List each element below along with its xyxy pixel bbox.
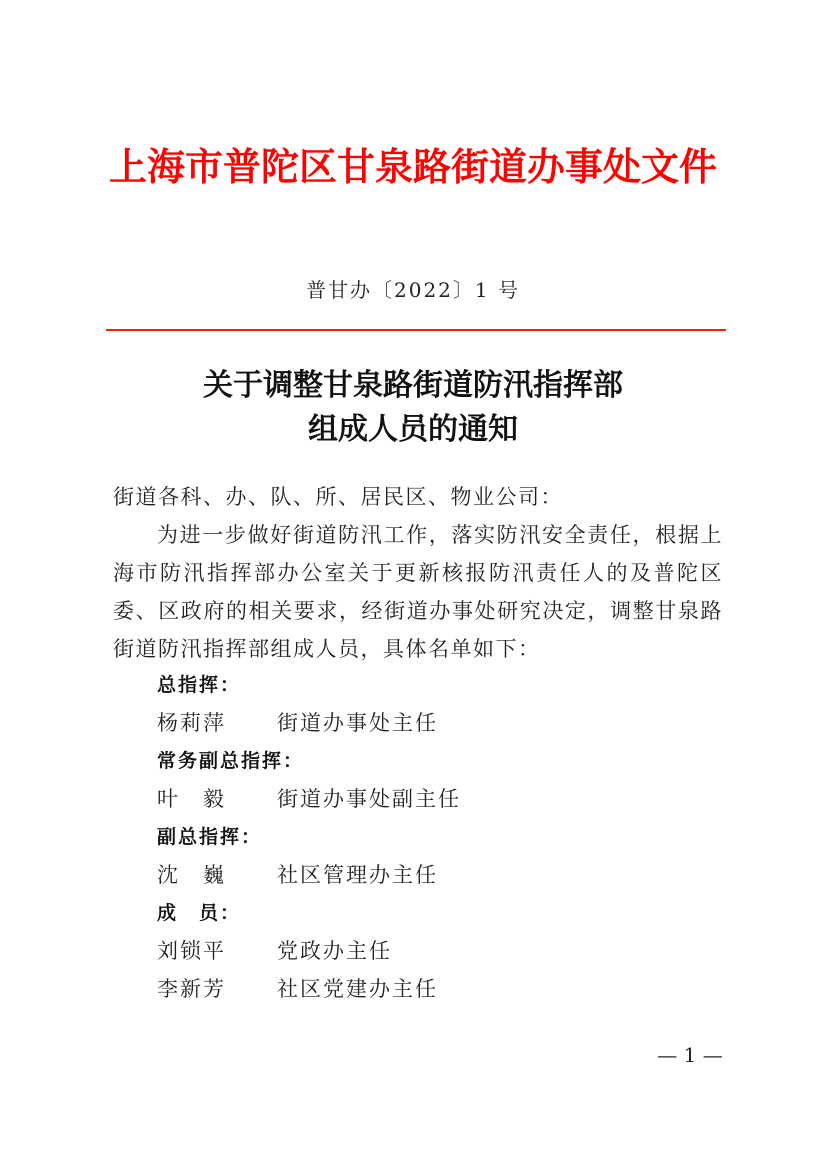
member-row: 刘锁平 党政办主任 [157, 932, 717, 970]
role-heading: 常务副总指挥： [157, 742, 717, 780]
member-row: 沈 巍 社区管理办主任 [157, 856, 717, 894]
roster-group-executive-deputy: 常务副总指挥： 叶 毅 街道办事处副主任 [157, 742, 717, 818]
member-title: 社区管理办主任 [277, 856, 717, 894]
document-title: 关于调整甘泉路街道防汛指挥部 组成人员的通知 [0, 364, 826, 452]
member-title: 街道办事处主任 [277, 704, 717, 742]
roster-group-members: 成 员： 刘锁平 党政办主任 李新芳 社区党建办主任 [157, 894, 717, 1008]
member-title: 党政办主任 [277, 932, 717, 970]
member-name: 杨莉萍 [157, 704, 277, 742]
personnel-roster: 总指挥： 杨莉萍 街道办事处主任 常务副总指挥： 叶 毅 街道办事处副主任 副总… [157, 666, 717, 1008]
document-page: 上海市普陀区甘泉路街道办事处文件 普甘办〔2022〕1 号 关于调整甘泉路街道防… [0, 0, 826, 1169]
roster-group-deputy: 副总指挥： 沈 巍 社区管理办主任 [157, 818, 717, 894]
member-row: 叶 毅 街道办事处副主任 [157, 780, 717, 818]
member-row: 杨莉萍 街道办事处主任 [157, 704, 717, 742]
salutation: 街道各科、办、队、所、居民区、物业公司： [113, 478, 723, 516]
body-paragraph: 为进一步做好街道防汛工作，落实防汛安全责任，根据上海市防汛指挥部办公室关于更新核… [113, 516, 723, 668]
role-heading: 总指挥： [157, 666, 717, 704]
issuing-organization-header: 上海市普陀区甘泉路街道办事处文件 [0, 140, 826, 194]
member-name: 刘锁平 [157, 932, 277, 970]
member-title: 社区党建办主任 [277, 970, 717, 1008]
title-line-1: 关于调整甘泉路街道防汛指挥部 [0, 364, 826, 408]
member-row: 李新芳 社区党建办主任 [157, 970, 717, 1008]
member-title: 街道办事处副主任 [277, 780, 717, 818]
role-heading: 成 员： [157, 894, 717, 932]
red-divider-line [106, 329, 726, 331]
document-number: 普甘办〔2022〕1 号 [0, 276, 826, 304]
page-number: — 1 — [650, 1042, 730, 1068]
member-name: 叶 毅 [157, 780, 277, 818]
roster-group-commander: 总指挥： 杨莉萍 街道办事处主任 [157, 666, 717, 742]
member-name: 李新芳 [157, 970, 277, 1008]
member-name: 沈 巍 [157, 856, 277, 894]
role-heading: 副总指挥： [157, 818, 717, 856]
title-line-2: 组成人员的通知 [0, 408, 826, 452]
